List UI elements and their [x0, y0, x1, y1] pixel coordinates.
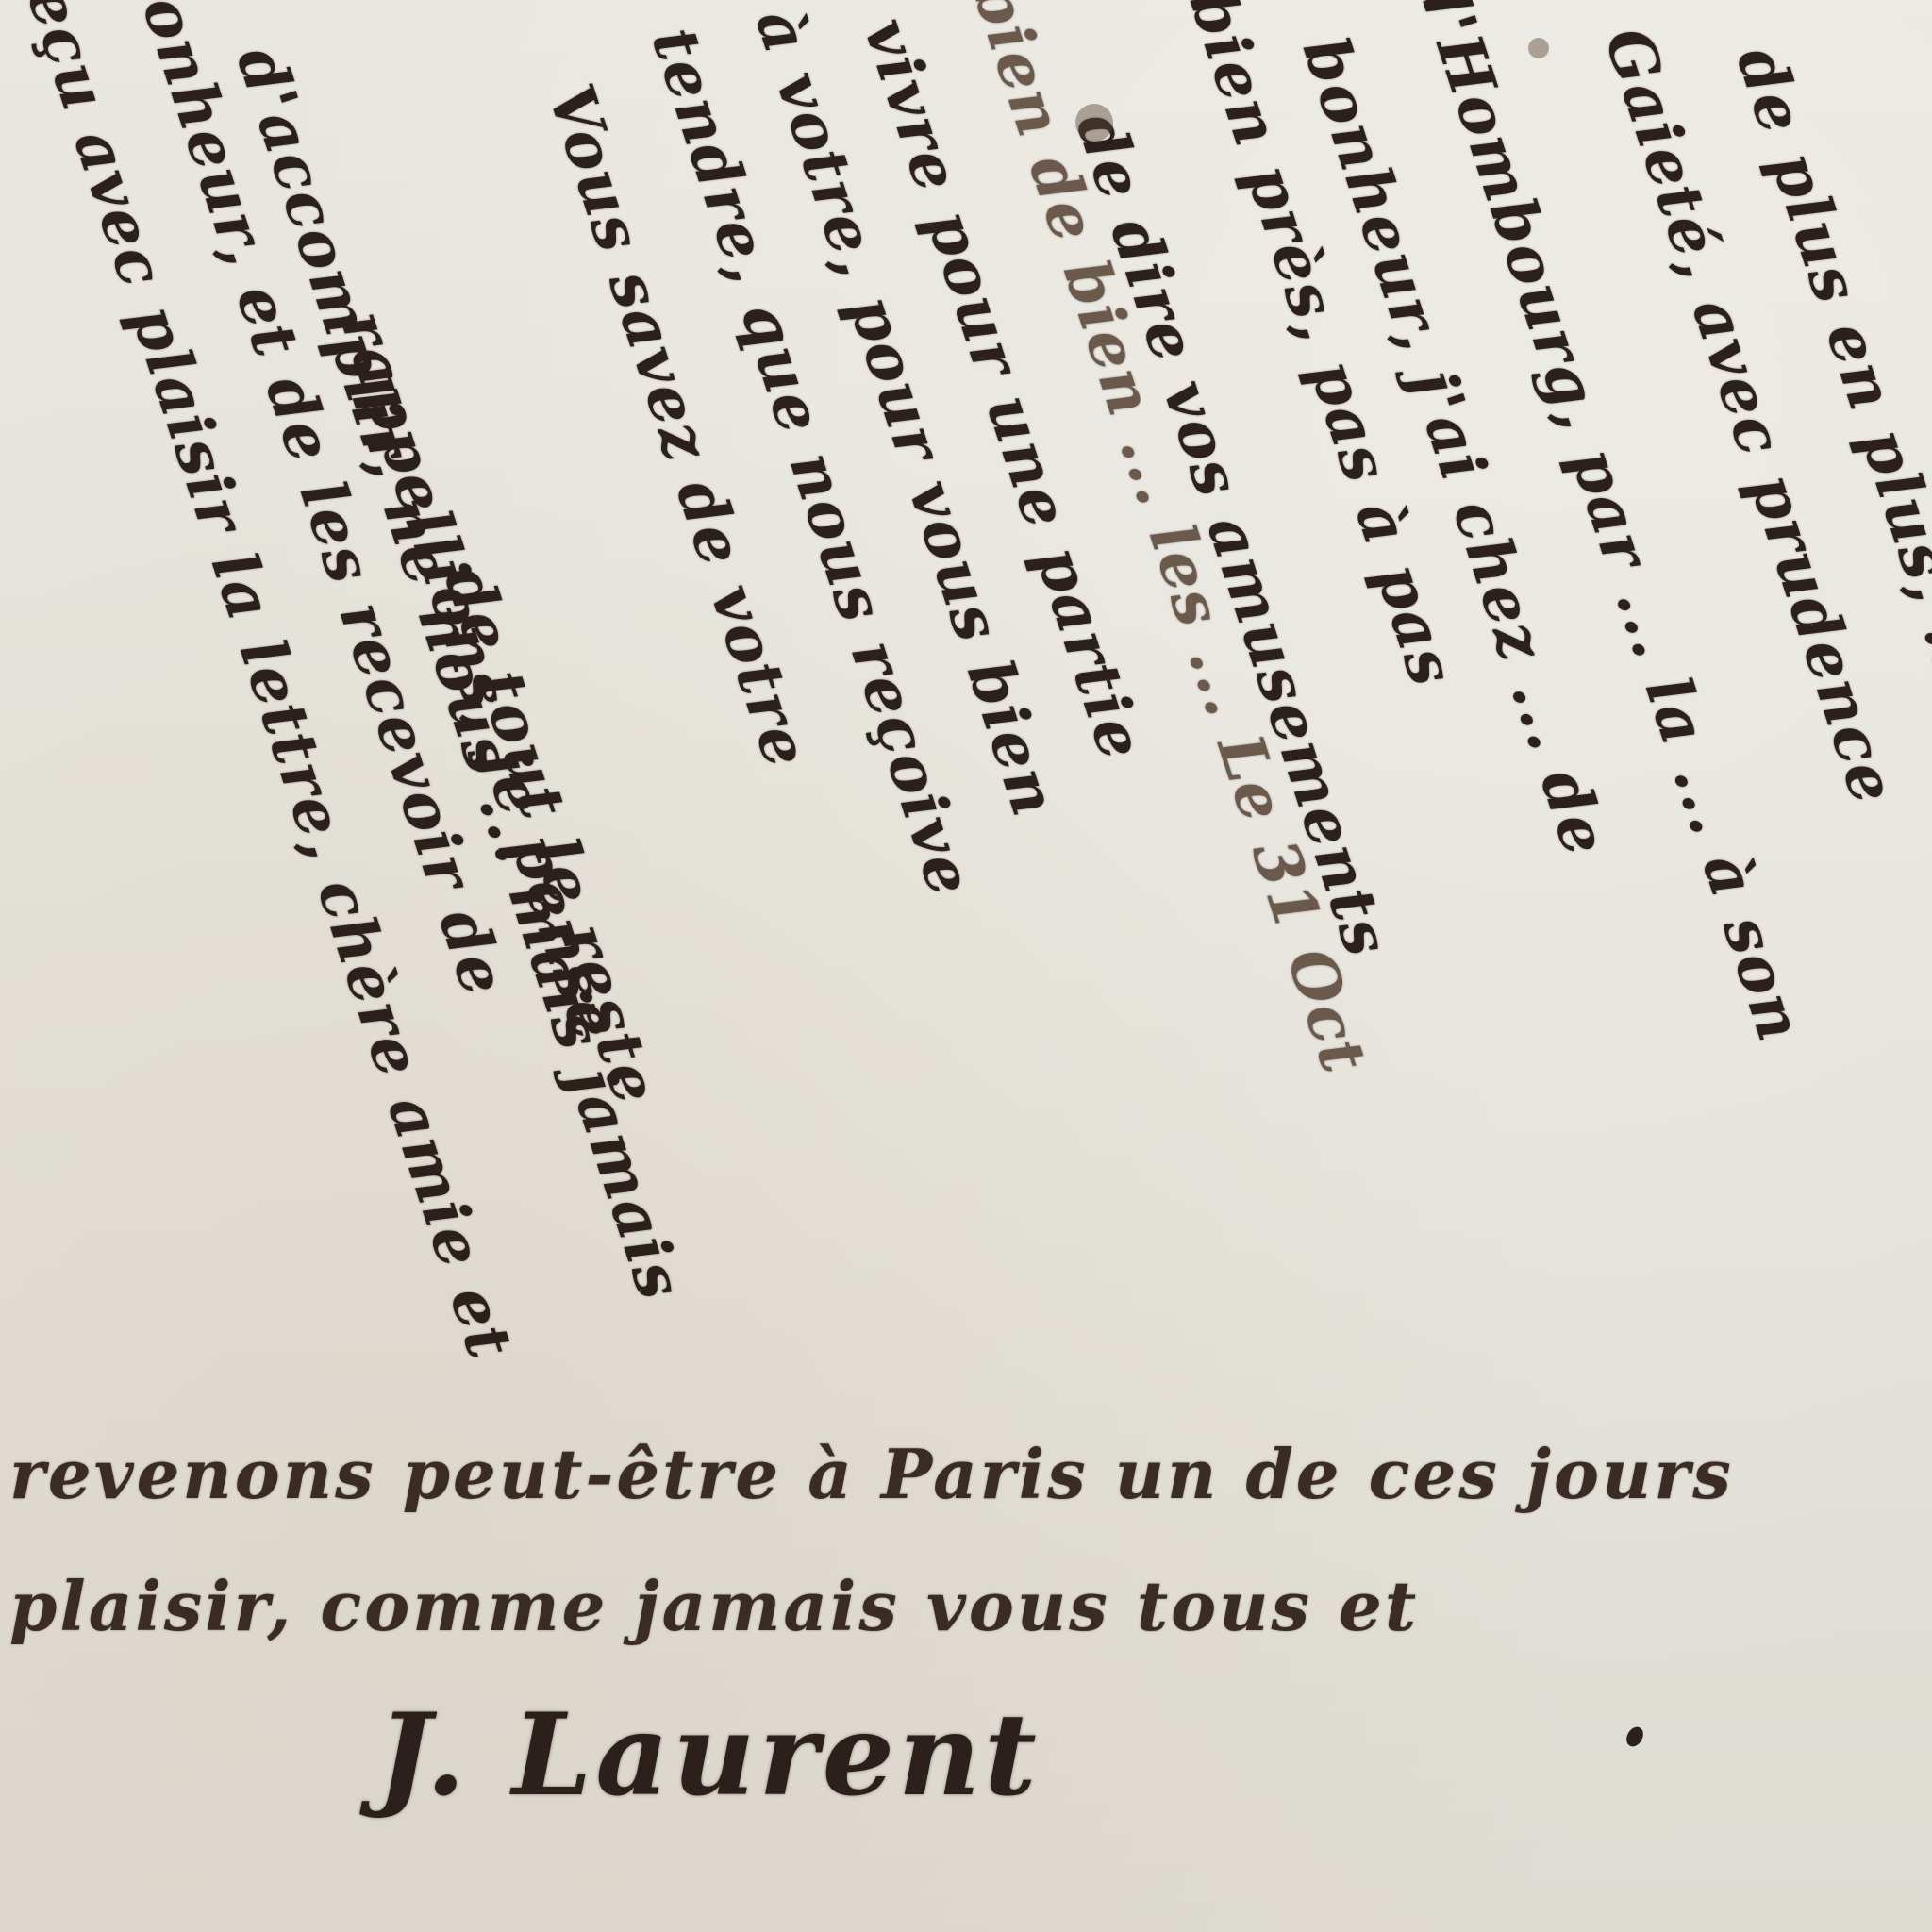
closing-line-1: revenons peut-être à Paris un de ces jou… [9, 1434, 1734, 1514]
closing-line-2: plaisir, comme jamais vous tous et [9, 1566, 1419, 1646]
signature: J. Laurent [377, 1689, 1041, 1822]
ink-stain [1528, 38, 1549, 58]
ink-stain [1075, 104, 1113, 142]
